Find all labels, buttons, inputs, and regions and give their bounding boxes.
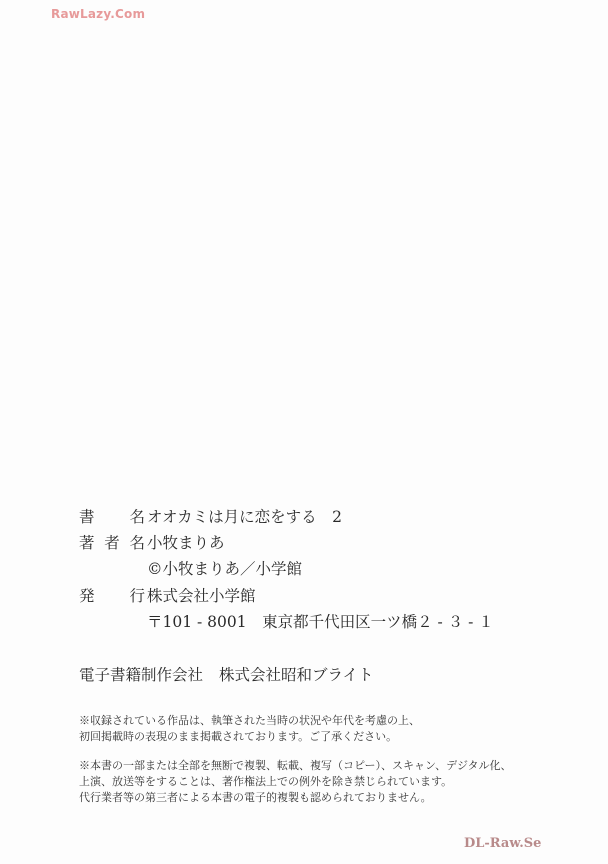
ebook-production: 電子書籍制作会社株式会社昭和ブライト — [79, 663, 374, 685]
note-line: 代行業者等の第三者による本書の電子的複製も認められておりません。 — [79, 790, 512, 806]
author-name: 小牧まりあ — [147, 533, 225, 553]
watermark-top: RawLazy.Com — [51, 7, 145, 21]
note-line: ※本書の一部または全部を無断で複製、転載、複写（コピー）、スキャン、デジタル化、 — [79, 758, 512, 774]
author-label-char: 名 — [129, 533, 145, 553]
ebook-production-company: 株式会社昭和ブライト — [219, 666, 374, 684]
book-title: オオカミは月に恋をする 2 — [147, 507, 342, 527]
note-line: 初回掲載時の表現のまま掲載されております。ご了承ください。 — [79, 729, 420, 745]
author-label-char: 著 — [79, 533, 95, 553]
note-line: ※収録されている作品は、執筆された当時の状況や年代を考慮の上、 — [79, 713, 420, 729]
ebook-production-label: 電子書籍制作会社 — [79, 666, 203, 684]
publisher-label-char: 発 — [79, 586, 95, 606]
watermark-bottom: DL-Raw.Se — [464, 836, 541, 851]
title-label-char: 名 — [129, 507, 145, 527]
title-label: 書 名 — [79, 507, 145, 527]
publisher-label: 発 行 — [79, 586, 145, 606]
publisher-address: 〒101 - 8001 東京都千代田区一ツ橋２ - ３ - １ — [147, 612, 494, 632]
author-label: 著 者 名 — [79, 533, 145, 553]
publisher-name: 株式会社小学館 — [147, 586, 256, 606]
note-line: 上演、放送等をすることは、著作権法上での例外を除き禁じられています。 — [79, 774, 512, 790]
note-copyright-warning: ※本書の一部または全部を無断で複製、転載、複写（コピー）、スキャン、デジタル化、… — [79, 758, 512, 806]
title-label-char: 書 — [79, 507, 95, 527]
publisher-label-char: 行 — [129, 586, 145, 606]
copyright-text: ©小牧まりあ／小学館 — [147, 559, 302, 579]
author-label-char: 者 — [104, 533, 120, 553]
note-original-expression: ※収録されている作品は、執筆された当時の状況や年代を考慮の上、 初回掲載時の表現… — [79, 713, 420, 745]
